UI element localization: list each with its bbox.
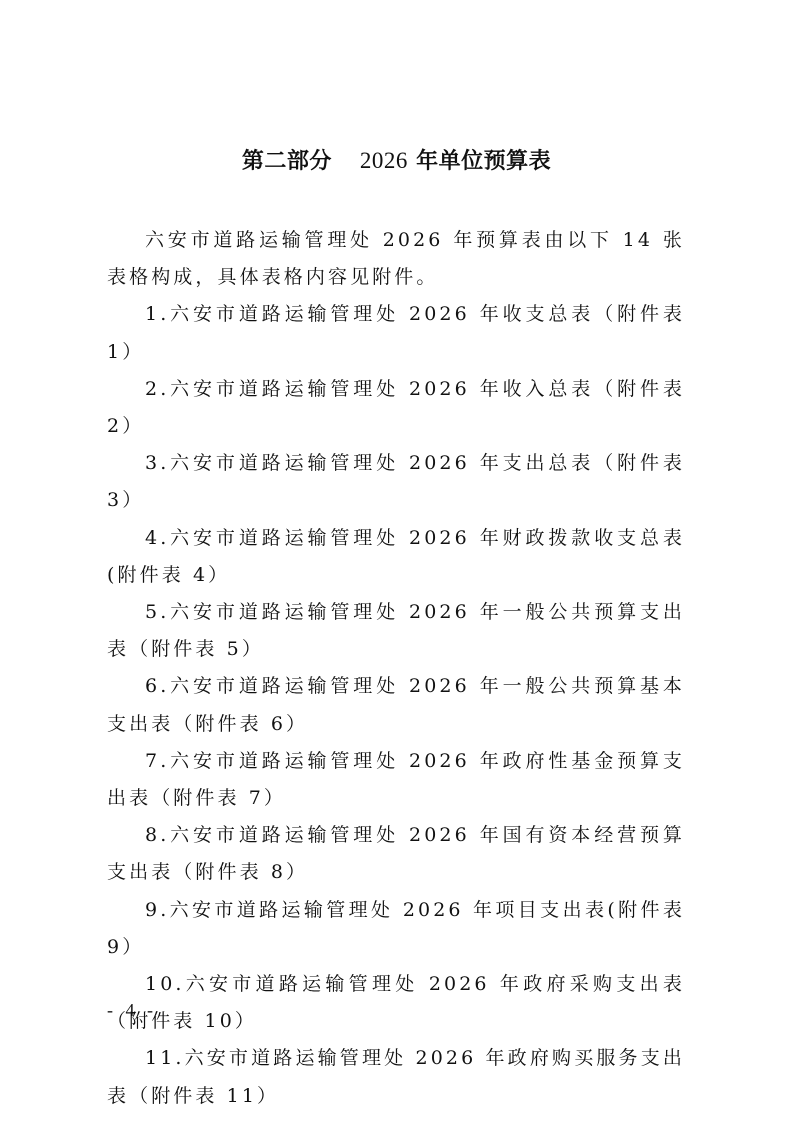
list-item: 5.六安市道路运输管理处 2026 年一般公共预算支出表（附件表 5） bbox=[107, 594, 685, 668]
list-item: 7.六安市道路运输管理处 2026 年政府性基金预算支出表（附件表 7） bbox=[107, 743, 685, 817]
section-title-part: 第二部分 bbox=[242, 149, 332, 174]
list-item: 10.六安市道路运输管理处 2026 年政府采购支出表（附件表 10） bbox=[107, 966, 685, 1040]
document-page: 第二部分2026 年单位预算表 六安市道路运输管理处 2026 年预算表由以下 … bbox=[0, 0, 793, 1122]
list-item: 6.六安市道路运输管理处 2026 年一般公共预算基本支出表（附件表 6） bbox=[107, 668, 685, 742]
page-number: - 4 - bbox=[107, 1000, 157, 1021]
list-item: 3.六安市道路运输管理处 2026 年支出总表（附件表 3） bbox=[107, 445, 685, 519]
section-title: 第二部分2026 年单位预算表 bbox=[0, 145, 793, 178]
list-item: 1.六安市道路运输管理处 2026 年收支总表（附件表 1） bbox=[107, 296, 685, 370]
section-title-rest: 年单位预算表 bbox=[416, 149, 551, 174]
section-title-year: 2026 bbox=[360, 148, 408, 173]
list-item: 2.六安市道路运输管理处 2026 年收入总表（附件表 2） bbox=[107, 371, 685, 445]
list-item: 4.六安市道路运输管理处 2026 年财政拨款收支总表(附件表 4） bbox=[107, 520, 685, 594]
list-item: 11.六安市道路运输管理处 2026 年政府购买服务支出表（附件表 11） bbox=[107, 1040, 685, 1114]
document-body: 六安市道路运输管理处 2026 年预算表由以下 14 张表格构成，具体表格内容见… bbox=[107, 222, 685, 1115]
list-item: 9.六安市道路运输管理处 2026 年项目支出表(附件表 9） bbox=[107, 892, 685, 966]
intro-paragraph: 六安市道路运输管理处 2026 年预算表由以下 14 张表格构成，具体表格内容见… bbox=[107, 222, 685, 296]
list-item: 8.六安市道路运输管理处 2026 年国有资本经营预算支出表（附件表 8） bbox=[107, 817, 685, 891]
